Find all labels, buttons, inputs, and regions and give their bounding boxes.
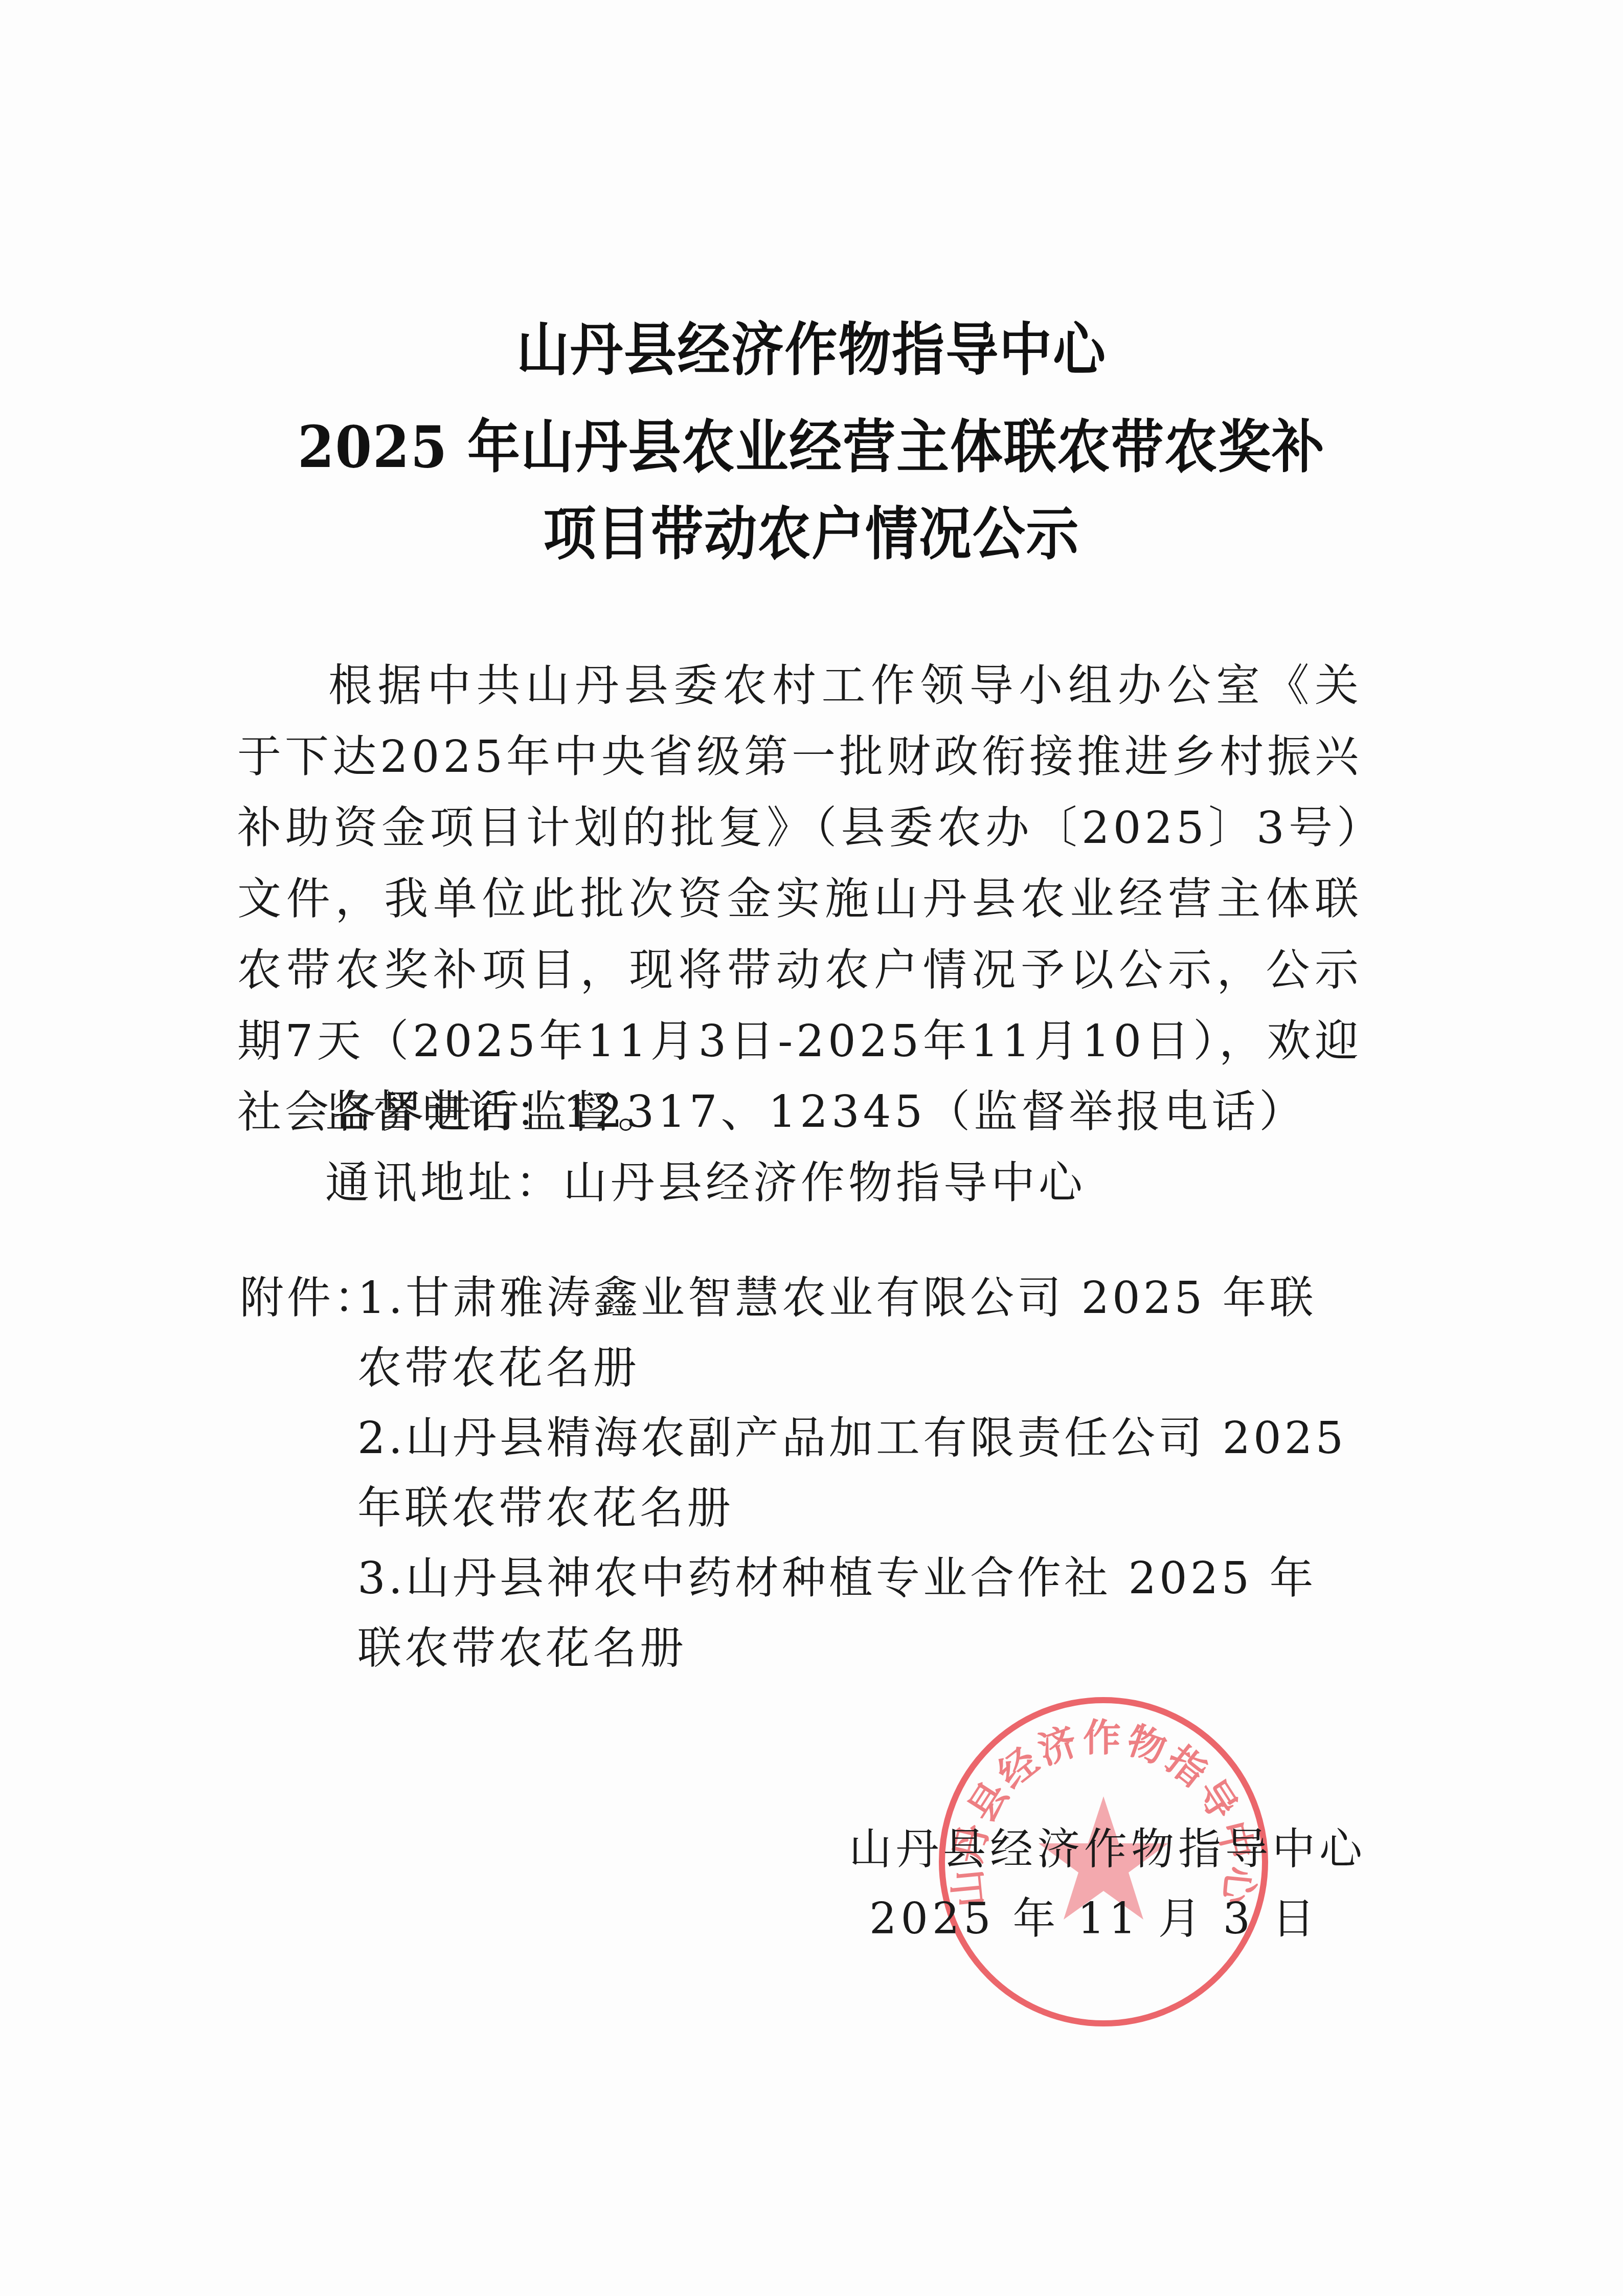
- supervision-phone: 监督电话：12317、12345（监督举报电话）: [325, 1077, 1306, 1148]
- title-line-1: 山丹县经济作物指导中心: [65, 317, 1558, 384]
- body-paragraph: 根据中共山丹县委农村工作领导小组办公室《关于下达2025年中央省级第一批财政衔接…: [237, 651, 1362, 1148]
- document-page: 山丹县经济作物指导中心 2025 年山丹县农业经营主体联农带农奖补 项目带动农户…: [0, 0, 1623, 2296]
- signature-date: 2025 年 11 月 3 日: [869, 1884, 1258, 1946]
- attachments-list: 1.甘肃雅涛鑫业智慧农业有限公司 2025 年联农带农花名册 2.山丹县精海农副…: [357, 1263, 1360, 1684]
- signature-organization: 山丹县经济作物指导中心: [849, 1815, 1312, 1877]
- title-line-2: 2025 年山丹县农业经营主体联农带农奖补: [65, 414, 1558, 481]
- attachment-item-2: 2.山丹县精海农副产品加工有限责任公司 2025 年联农带农花名册: [357, 1403, 1360, 1544]
- attachment-item-1: 1.甘肃雅涛鑫业智慧农业有限公司 2025 年联农带农花名册: [357, 1263, 1360, 1403]
- mailing-address: 通讯地址：山丹县经济作物指导中心: [325, 1148, 1086, 1219]
- title-line-3: 项目带动农户情况公示: [65, 501, 1558, 568]
- attachment-item-3: 3.山丹县神农中药材种植专业合作社 2025 年联农带农花名册: [357, 1544, 1360, 1684]
